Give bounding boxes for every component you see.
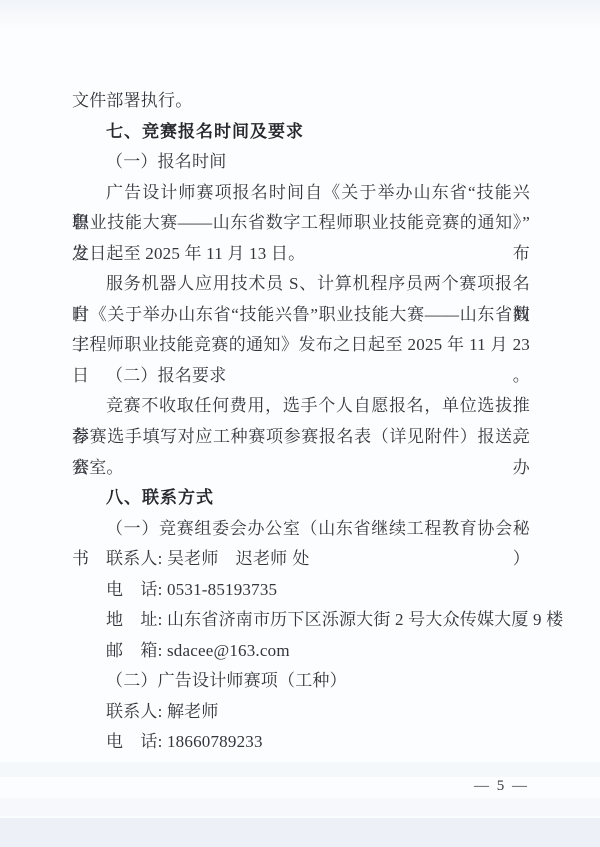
body-line: 竞赛不收取任何费用，选手个人自愿报名，单位选拔推荐。: [72, 391, 530, 422]
section-heading-7: 七、竞赛报名时间及要求: [72, 117, 530, 148]
body-line: 自《关于举办山东省“技能兴鲁”职业技能大赛——山东省数字: [72, 300, 530, 331]
contact-phone-line: 电 话: 0531-85193735: [72, 575, 530, 606]
subsection-heading: （一）竞赛组委会办公室（山东省继续工程教育协会秘书处）: [72, 514, 530, 545]
scan-artifact-band: [0, 798, 600, 816]
body-line: 参赛选手填写对应工种赛项参赛报名表（详见附件）报送竞赛办: [72, 422, 530, 453]
subsection-heading: （一）报名时间: [72, 147, 530, 178]
contact-person-line: 联系人: 解老师: [72, 697, 530, 728]
body-line: 工程师职业技能竞赛的通知》发布之日起至 2025 年 11 月 23 日。: [72, 330, 530, 361]
contact-address-line: 地 址: 山东省济南市历下区泺源大街 2 号大众传媒大厦 9 楼: [72, 605, 530, 636]
page-number: — 5 —: [474, 776, 529, 796]
contact-email-line: 邮 箱: sdacee@163.com: [72, 636, 530, 667]
document-page: 文件部署执行。 七、竞赛报名时间及要求 （一）报名时间 广告设计师赛项报名时间自…: [0, 0, 600, 847]
body-line: 职业技能大赛——山东省数字工程师职业技能竞赛的通知》发布: [72, 208, 530, 239]
scan-artifact-band: [0, 818, 600, 847]
body-line: 服务机器人应用技术员 S、计算机程序员两个赛项报名时间: [72, 269, 530, 300]
scan-artifact-band: [0, 0, 600, 30]
paragraph-end-line: 文件部署执行。: [72, 86, 530, 117]
body-line: 广告设计师赛项报名时间自《关于举办山东省“技能兴鲁”: [72, 178, 530, 209]
scan-artifact-band: [0, 762, 600, 777]
document-content: 文件部署执行。 七、竞赛报名时间及要求 （一）报名时间 广告设计师赛项报名时间自…: [72, 86, 530, 758]
section-heading-8: 八、联系方式: [72, 483, 530, 514]
subsection-heading: （二）广告设计师赛项（工种）: [72, 666, 530, 697]
contact-phone-line: 电 话: 18660789233: [72, 727, 530, 758]
